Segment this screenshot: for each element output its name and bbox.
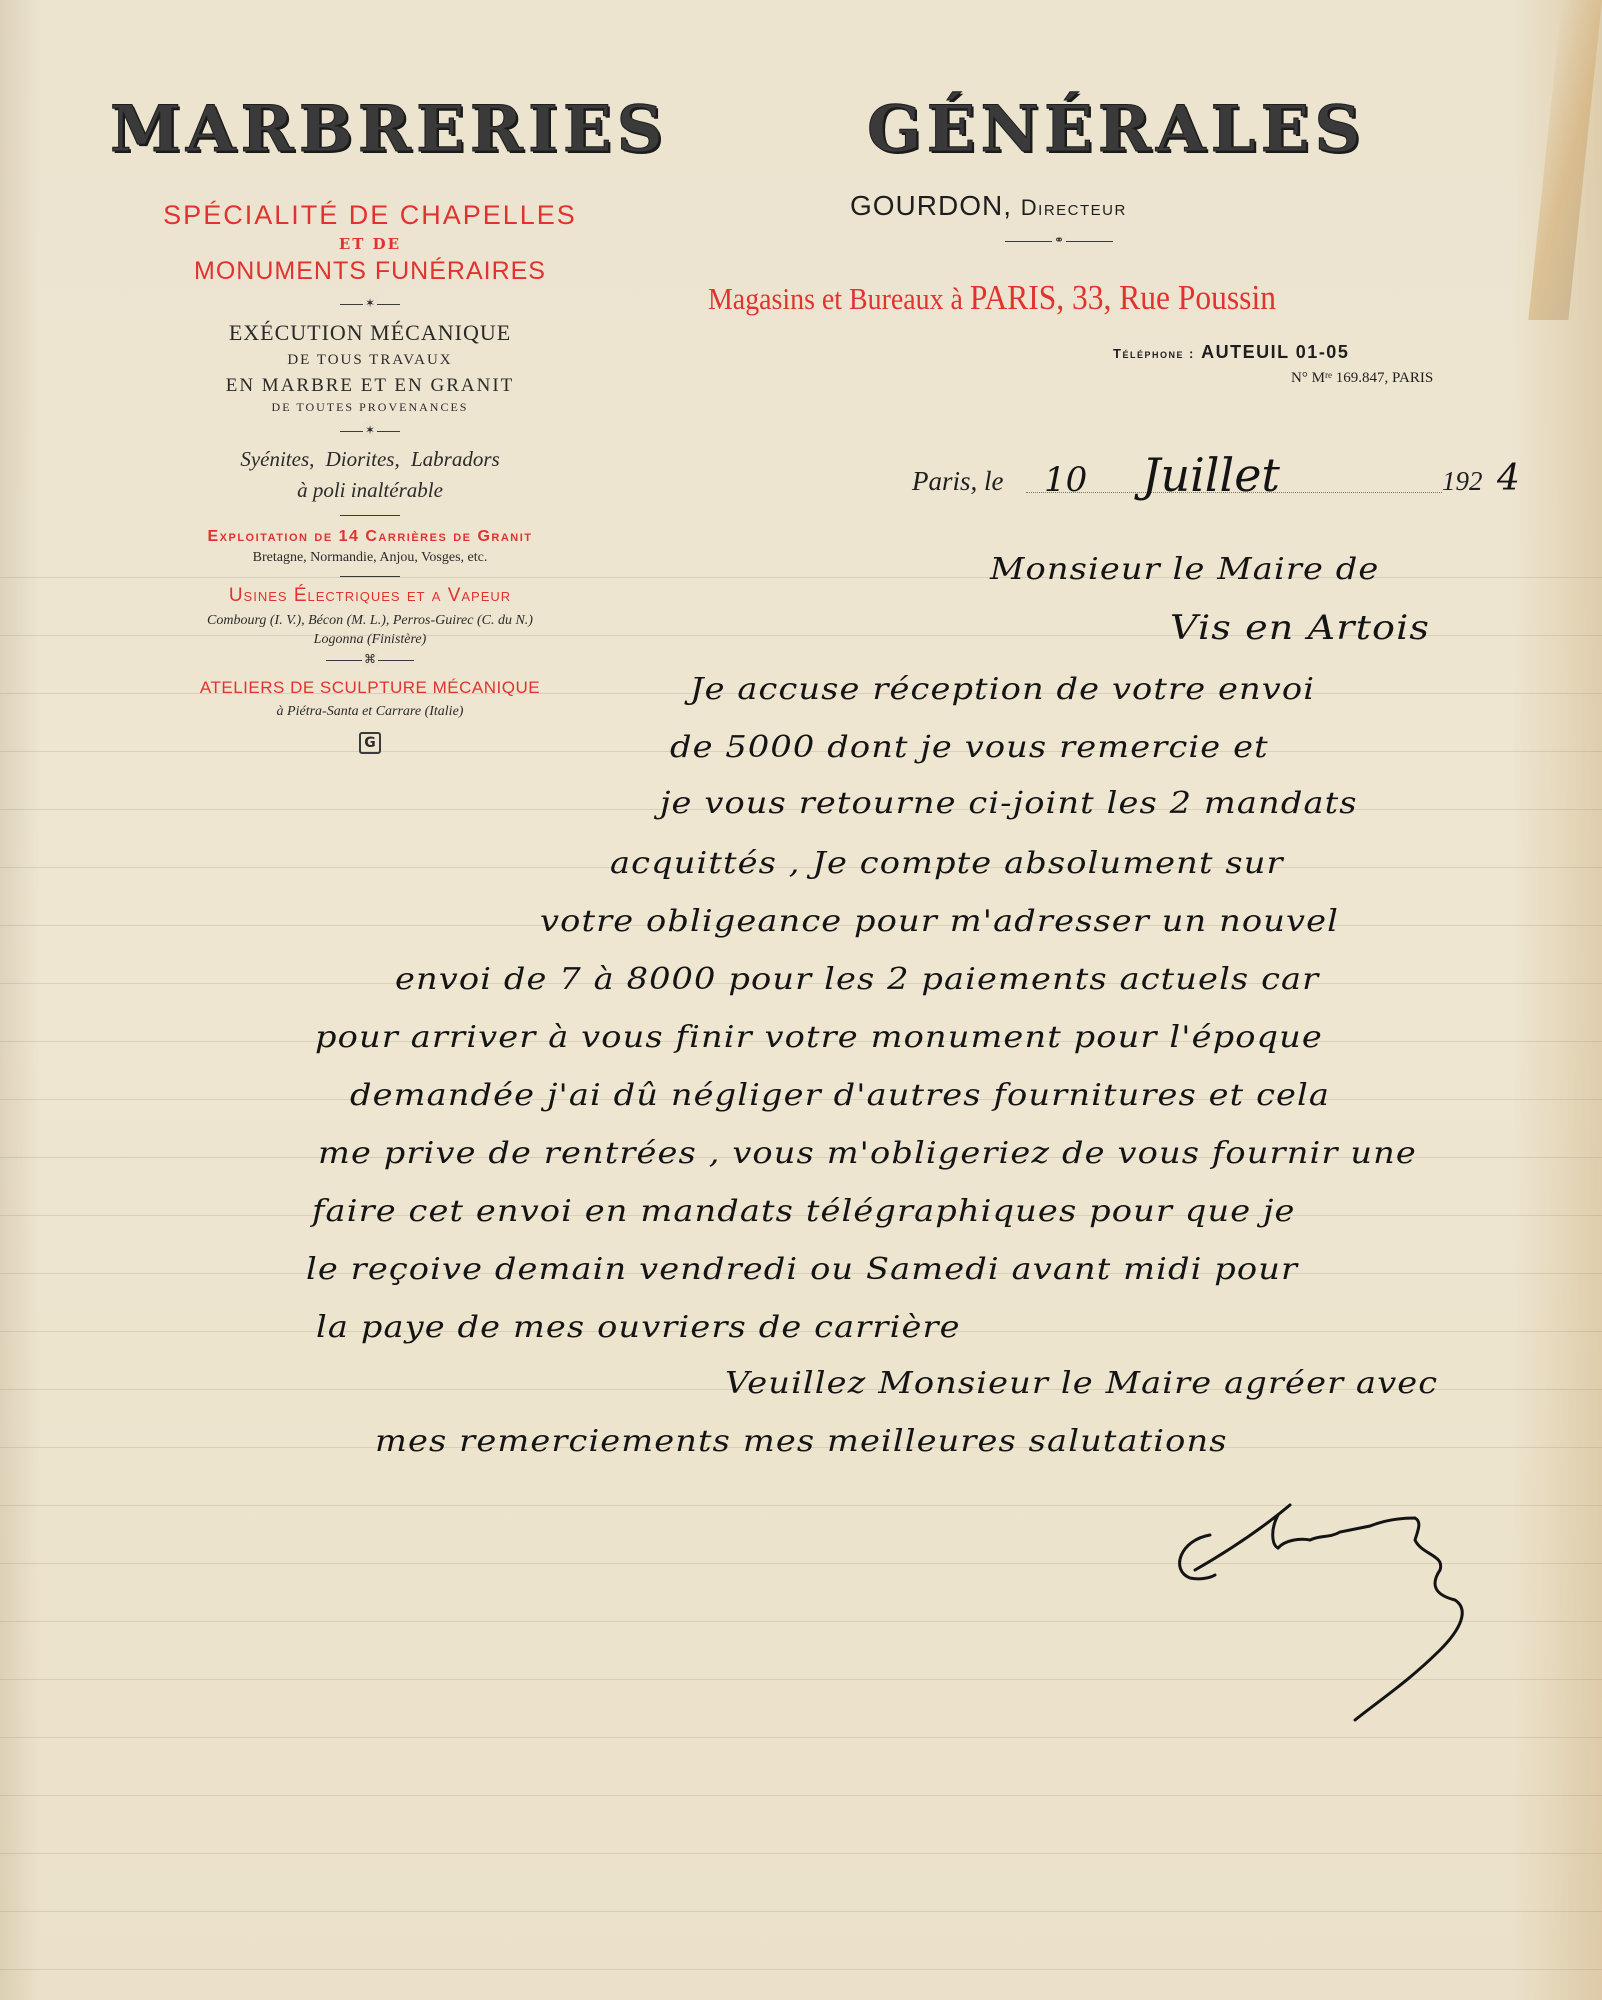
body-line: votre obligeance pour m'adresser un nouv…	[540, 904, 1339, 939]
ornament-divider: ✶	[340, 425, 400, 437]
body-line: la paye de mes ouvriers de carrière	[316, 1310, 961, 1345]
ornament-star-icon: ✶	[363, 422, 377, 438]
specialty-and: ET DE	[110, 235, 630, 253]
date-line: Paris, le 10 Juillet 192 4	[912, 462, 1532, 512]
telephone-label: Téléphone :	[1113, 346, 1195, 361]
execution-line-2: DE TOUS TRAVAUX	[110, 352, 630, 369]
director-name: GOURDON,	[850, 190, 1012, 221]
address-city: PARIS, 33,	[970, 278, 1119, 317]
body-line: acquittés , Je compte absolument sur	[610, 846, 1284, 881]
signature-flourish-icon	[1160, 1500, 1560, 1760]
workshops-places: à Piétra-Santa et Carrare (Italie)	[110, 704, 630, 720]
date-year-handwritten: 4	[1497, 458, 1520, 499]
divider-rule	[340, 576, 400, 577]
printer-logo-icon: G	[359, 732, 381, 754]
factories-places-1: Combourg (I. V.), Bécon (M. L.), Perros-…	[110, 613, 630, 629]
ornament-star-icon: ✶	[363, 295, 377, 311]
body-line: demandée j'ai dû négliger d'autres fourn…	[350, 1078, 1330, 1113]
telephone-line: Téléphone : AUTEUIL 01-05	[1113, 342, 1349, 363]
ornament-divider: ⌘	[326, 654, 414, 666]
closing-line-2: mes remerciements mes meilleures salutat…	[375, 1424, 1228, 1459]
ornament-divider: ⚭	[1005, 235, 1113, 247]
quarries-regions: Bretagne, Normandie, Anjou, Vosges, etc.	[110, 550, 630, 566]
date-day: 10	[1044, 460, 1087, 500]
body-line: pour arriver à vous finir votre monument…	[315, 1020, 1323, 1055]
divider-rule	[340, 515, 400, 516]
specialty-line-2: MONUMENTS FUNÉRAIRES	[110, 257, 630, 286]
company-name-first: MARBRERIES	[110, 92, 668, 167]
stones-line-1: Syénites, Diorites, Labradors	[110, 447, 630, 472]
letterhead-services-column: SPÉCIALITÉ DE CHAPELLES ET DE MONUMENTS …	[110, 200, 630, 754]
director-title: Directeur	[1021, 195, 1127, 220]
page-fold-shadow	[1528, 0, 1602, 320]
body-line: faire cet envoi en mandats télégraphique…	[312, 1194, 1296, 1229]
director-line: GOURDON, Directeur	[850, 190, 1127, 222]
body-line: me prive de rentrées , vous m'obligeriez…	[318, 1136, 1417, 1171]
body-line: envoi de 7 à 8000 pour les 2 paiements a…	[395, 962, 1319, 997]
signature: Gourdon	[1160, 1500, 1560, 1760]
factories-title: Usines Électriques et a Vapeur	[110, 585, 630, 607]
body-line: le reçoive demain vendredi ou Samedi ava…	[306, 1252, 1298, 1287]
ornament-divider: ✶	[340, 298, 400, 310]
address-line: Magasins et Bureaux à PARIS, 33, Rue Pou…	[708, 278, 1276, 318]
company-title: MARBRERIES GÉNÉRALES	[110, 92, 1490, 167]
telephone-number: AUTEUIL 01-05	[1201, 342, 1349, 362]
closing-line-1: Veuillez Monsieur le Maire agréer avec	[725, 1366, 1438, 1401]
specialty-line-1: SPÉCIALITÉ DE CHAPELLES	[110, 200, 630, 231]
execution-line-1: EXÉCUTION MÉCANIQUE	[110, 320, 630, 346]
body-line: je vous retourne ci-joint les 2 mandats	[660, 786, 1358, 821]
execution-line-4: DE TOUTES PROVENANCES	[110, 400, 630, 415]
salutation-line-2: Vis en Artois	[1170, 608, 1430, 648]
company-name-second: GÉNÉRALES	[867, 92, 1366, 167]
date-prefix: Paris, le	[912, 466, 1004, 497]
address-prefix: Magasins et Bureaux à	[708, 281, 970, 316]
date-year-printed: 192	[1442, 466, 1483, 497]
body-line: Je accuse réception de votre envoi	[690, 672, 1315, 707]
workshops-title: ATELIERS DE SCULPTURE MÉCANIQUE	[110, 678, 630, 698]
ornament-knot-icon: ⚭	[1052, 232, 1066, 248]
letter-page: MARBRERIES GÉNÉRALES SPÉCIALITÉ DE CHAPE…	[0, 0, 1602, 2000]
stones-line-2: à poli inaltérable	[110, 478, 630, 503]
ornament-knot-icon: ⌘	[362, 651, 378, 667]
salutation-line-1: Monsieur le Maire de	[990, 552, 1379, 587]
registration-number: N° Mʳᵉ 169.847, PARIS	[1291, 370, 1433, 387]
date-month: Juillet	[1142, 448, 1280, 502]
execution-line-3: EN MARBRE ET EN GRANIT	[110, 375, 630, 397]
quarries-title: Exploitation de 14 Carrières de Granit	[110, 528, 630, 546]
body-line: de 5000 dont je vous remercie et	[670, 730, 1269, 765]
factories-places-2: Logonna (Finistère)	[110, 632, 630, 648]
address-street: Rue Poussin	[1119, 278, 1276, 317]
